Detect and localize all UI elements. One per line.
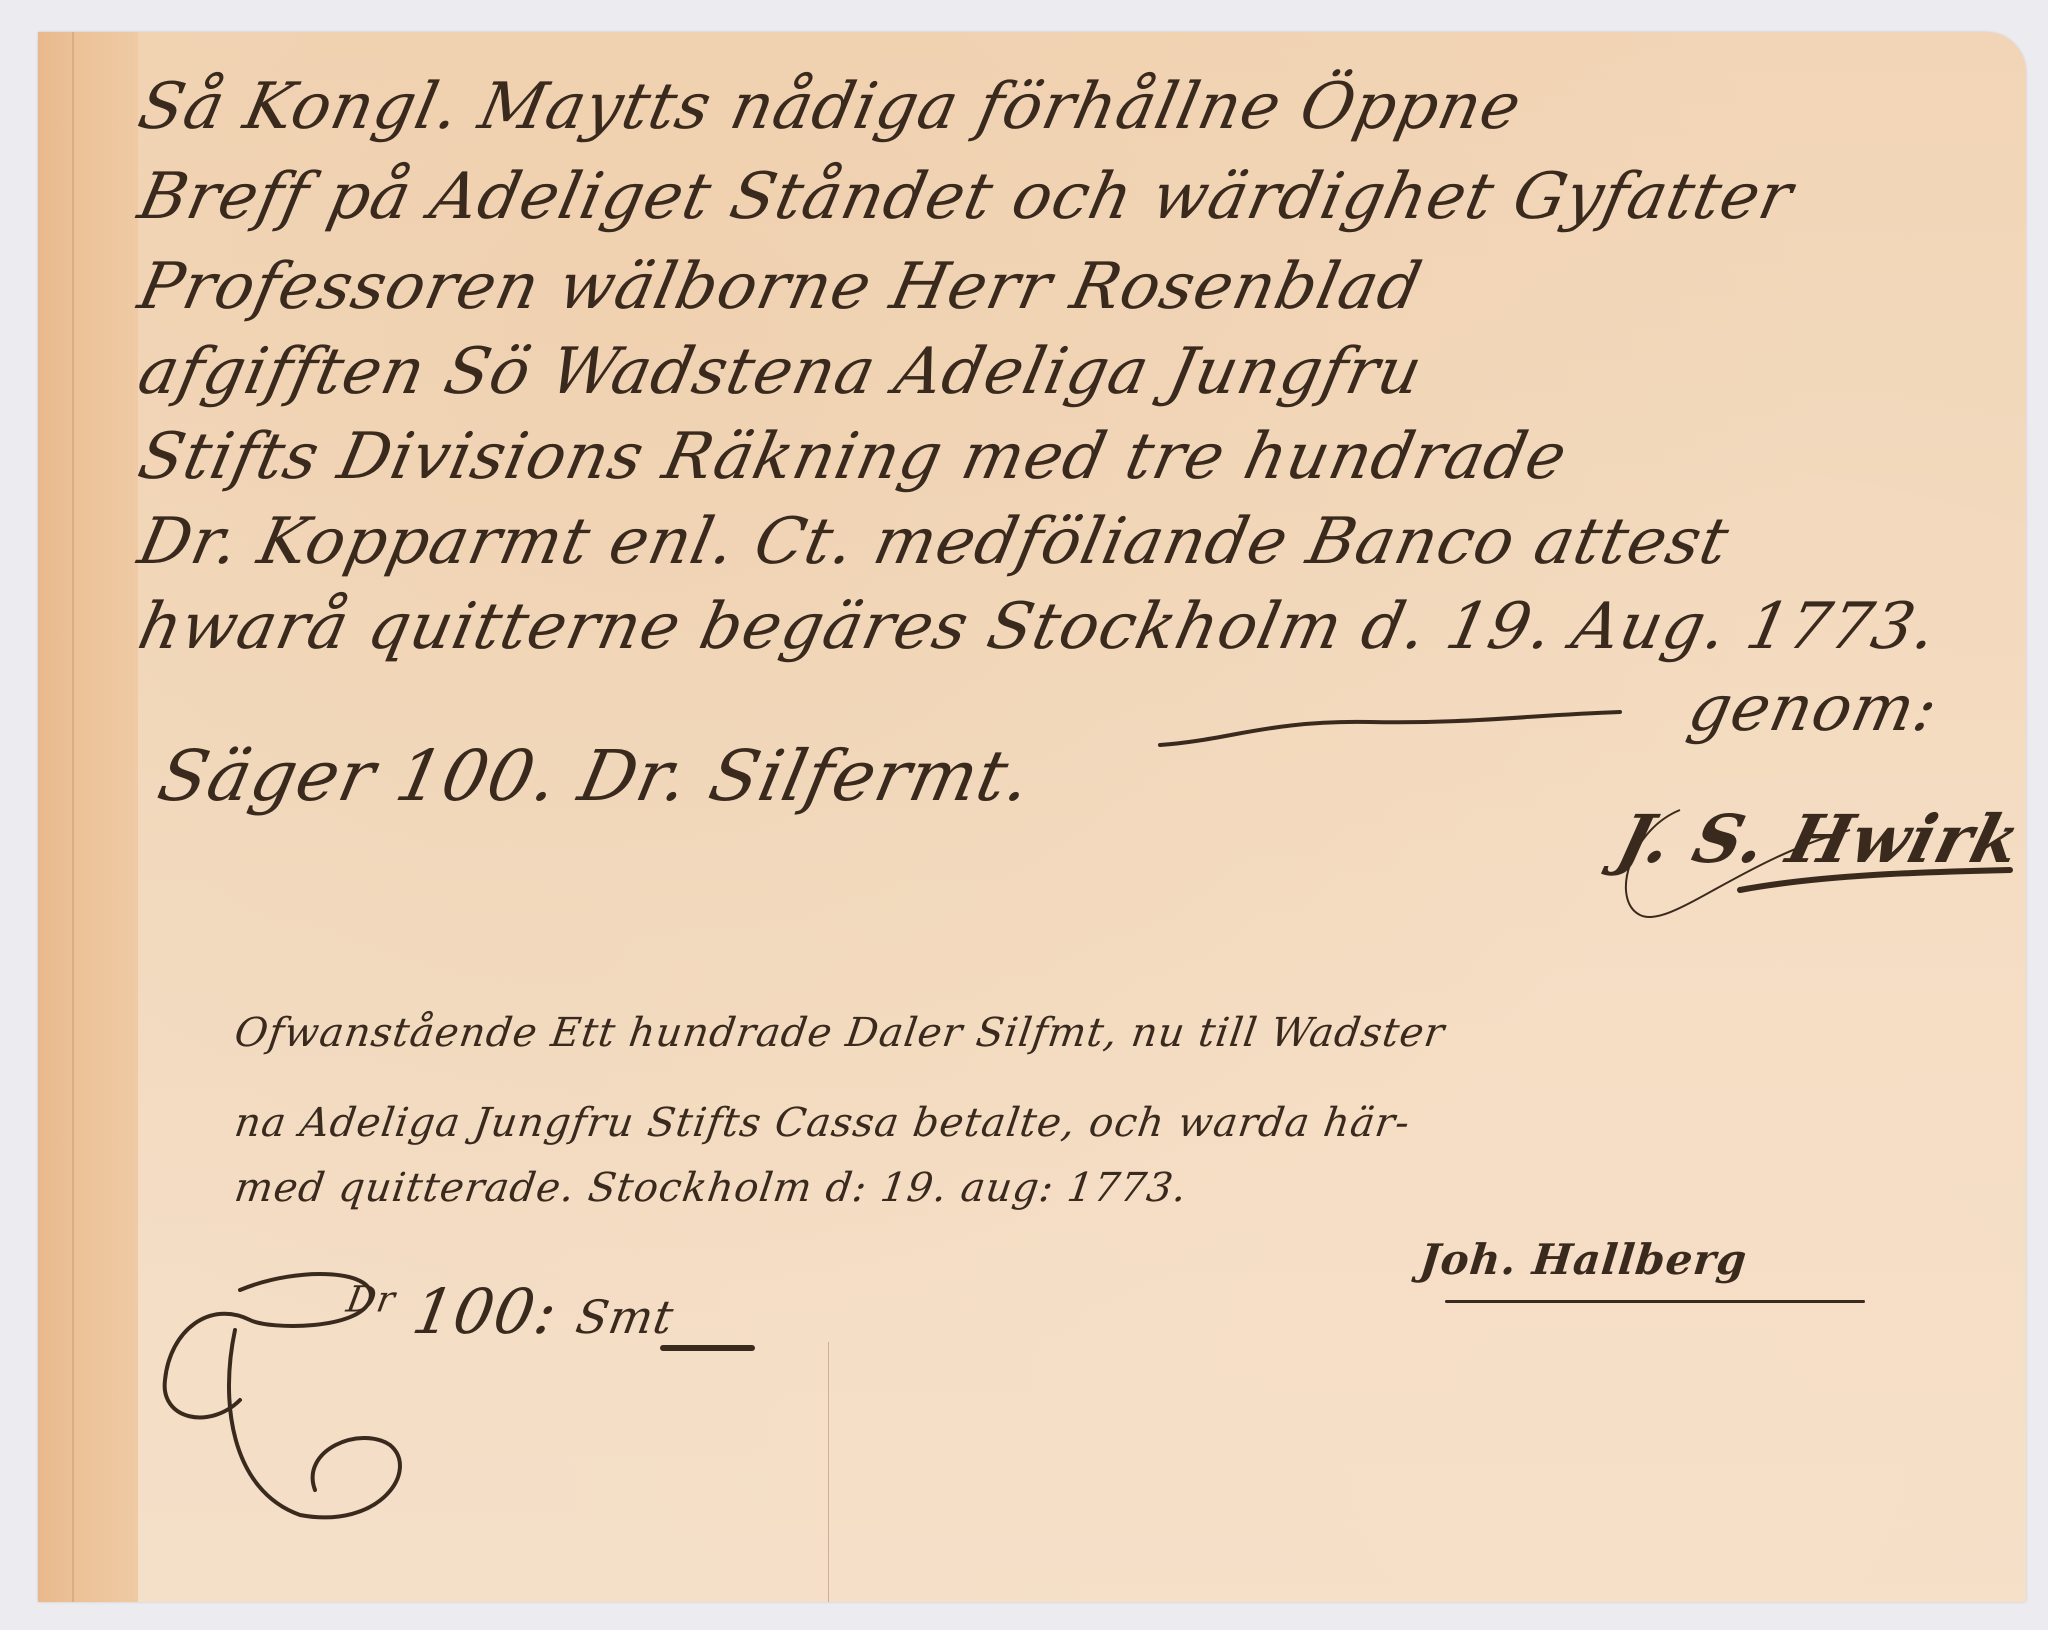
paper-edge-strip: [38, 32, 138, 1602]
amount-line-flourish: [1150, 700, 1630, 760]
main-text-line-1: Så Kongl. Maytts nådiga förhållne Öppne: [132, 70, 1528, 144]
main-text-line-7: hwarå quitterne begäres Stockholm d. 19.…: [132, 590, 1944, 664]
ack-line-3: med quitterade. Stockholm d: 19. aug: 17…: [232, 1165, 1191, 1211]
ack-line-1: Ofwanstående Ett hundrade Daler Silfmt, …: [232, 1010, 1448, 1056]
fold-line: [72, 32, 74, 1602]
first-signature-flourish: [1600, 790, 2020, 930]
main-text-line-5: Stifts Divisions Räkning med tre hundrad…: [132, 420, 1573, 494]
main-text-line-3: Professoren wälborne Herr Rosenblad: [132, 250, 1428, 324]
ack-line-2: na Adeliga Jungfru Stifts Cassa betalte,…: [232, 1100, 1413, 1146]
margin-note-unit: Smt: [572, 1290, 678, 1344]
main-text-line-4: afgifften Sö Wadstena Adeliga Jungfru: [132, 335, 1429, 409]
margin-note: Dr 100: Smt: [339, 1275, 681, 1348]
paper-crease: [828, 1342, 829, 1602]
genom-label: genom:: [1682, 672, 1945, 746]
amount-line: Säger 100. Dr. Silfermt.: [151, 735, 1039, 817]
second-signature: Joh. Hallberg: [1417, 1235, 1749, 1284]
main-text-line-6: Dr. Kopparmt enl. Ct. medföliande Banco …: [132, 505, 1735, 579]
margin-note-amount: 100:: [407, 1275, 563, 1348]
main-text-line-2: Breff på Adeliget Ståndet och wärdighet …: [132, 160, 1799, 234]
margin-note-prefix: Dr: [343, 1279, 398, 1320]
margin-note-underline: [660, 1345, 755, 1351]
second-signature-underline: [1445, 1300, 1865, 1303]
